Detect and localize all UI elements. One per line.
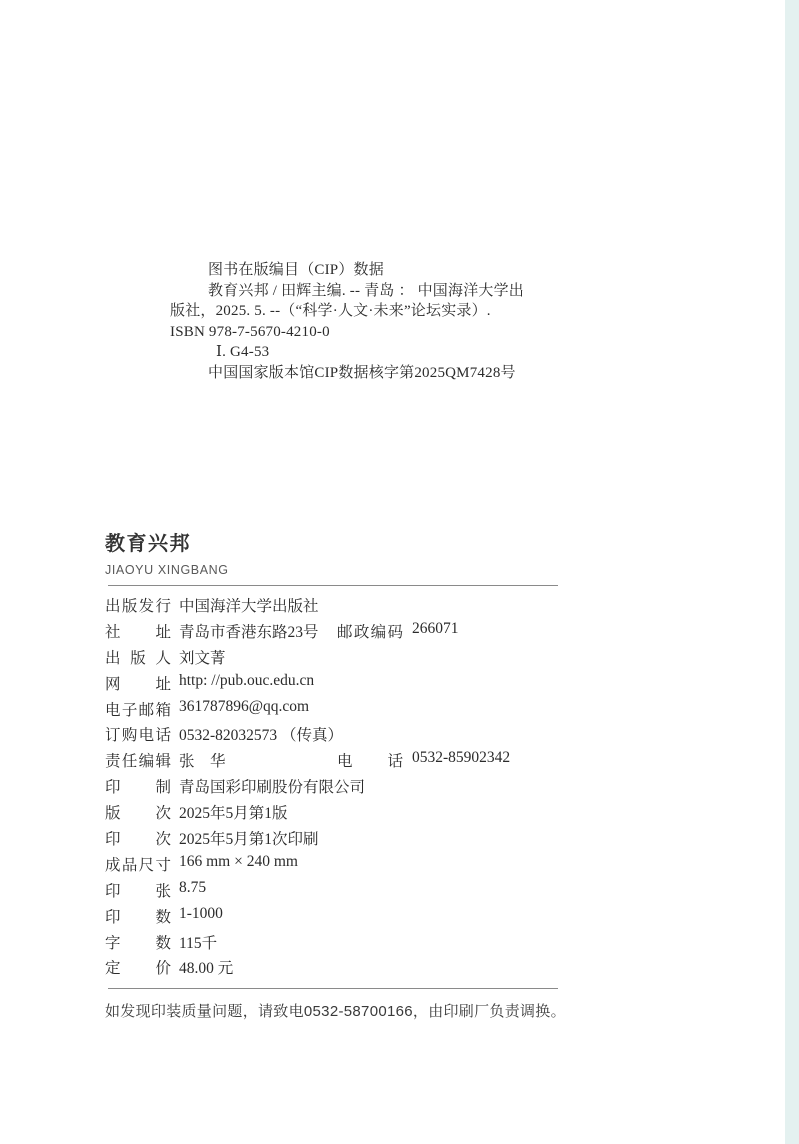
colophon-row-size: 成品尺寸166 mm × 240 mm	[105, 853, 685, 879]
page-edge-strip	[785, 0, 799, 1144]
cip-data-block: 图书在版编目（CIP）数据 教育兴邦 / 田辉主编. -- 青岛 ： 中国海洋大…	[170, 260, 610, 383]
colophon-row-email: 电子邮箱361787896@qq.com	[105, 698, 685, 724]
row-label: 责任编辑	[105, 749, 171, 771]
colophon-row-printer: 印制青岛国彩印刷股份有限公司	[105, 775, 685, 801]
row-label: 电子邮箱	[105, 698, 171, 720]
cip-line: 版社，2025. 5. --（“科学·人文·未来”论坛实录）.	[170, 301, 610, 322]
row-label: 出版发行	[105, 594, 171, 616]
colophon-row-price: 定价48.00 元	[105, 956, 685, 982]
row-label: 网址	[105, 672, 171, 694]
colophon-row-website: 网址http: //pub.ouc.edu.cn	[105, 672, 685, 698]
colophon-row-order-phone: 订购电话0532-82032573 （传真）	[105, 723, 685, 749]
row-value: 115千	[179, 935, 217, 952]
row-value: 48.00 元	[179, 960, 233, 977]
row-value: 2025年5月第1次印刷	[179, 831, 319, 848]
colophon-row-editor: 责任编辑张 华 电话 0532-85902342	[105, 749, 685, 775]
colophon-row-publisher: 出版发行中国海洋大学出版社	[105, 594, 685, 620]
row-value: 0532-82032573 （传真）	[179, 727, 343, 744]
row-value: 青岛市香港东路23号	[179, 624, 319, 641]
print-quality-note: 如发现印装质量问题，请致电0532-58700166，由印刷厂负责调换。	[105, 1000, 566, 1021]
title-block: 教育兴邦 JIAOYU XINGBANG	[105, 527, 229, 577]
row-value: 中国海洋大学出版社	[179, 598, 319, 615]
row-value: 8.75	[179, 879, 206, 896]
title-divider-rule	[108, 585, 558, 586]
row-label: 社址	[105, 620, 171, 642]
colophon-row-publisher-person: 出版人刘文菁	[105, 646, 685, 672]
book-title: 教育兴邦	[105, 527, 229, 556]
colophon-row-address: 社址青岛市香港东路23号 邮政编码 266071	[105, 620, 685, 646]
row-label: 出版人	[105, 646, 171, 668]
cip-isbn: ISBN 978-7-5670-4210-0	[170, 322, 610, 343]
book-title-pinyin: JIAOYU XINGBANG	[105, 563, 229, 577]
row-label: 成品尺寸	[105, 853, 171, 875]
colophon-row-edition: 版次2025年5月第1版	[105, 801, 685, 827]
colophon-row-impression: 印次2025年5月第1次印刷	[105, 827, 685, 853]
row-value: 361787896@qq.com	[179, 698, 309, 715]
cip-heading: 图书在版编目（CIP）数据	[170, 260, 610, 281]
row-label-postcode: 邮政编码	[337, 620, 403, 642]
row-value: 166 mm × 240 mm	[179, 853, 298, 870]
row-label: 字数	[105, 931, 171, 953]
colophon-row-print-run: 印数1-1000	[105, 905, 685, 931]
colophon-row-sheets: 印张8.75	[105, 879, 685, 905]
row-value: 张 华	[179, 753, 226, 770]
cip-classification: Ⅰ. G4-53	[170, 342, 610, 363]
row-value: 1-1000	[179, 905, 223, 922]
row-label: 版次	[105, 801, 171, 823]
row-value: 2025年5月第1版	[179, 805, 288, 822]
cip-line: 教育兴邦 / 田辉主编. -- 青岛 ： 中国海洋大学出	[170, 281, 610, 302]
row-value: 刘文菁	[179, 650, 226, 667]
row-value: http: //pub.ouc.edu.cn	[179, 672, 314, 689]
row-value: 青岛国彩印刷股份有限公司	[179, 779, 365, 796]
colophon: 出版发行中国海洋大学出版社 社址青岛市香港东路23号 邮政编码 266071 出…	[105, 594, 685, 982]
row-value-phone: 0532-85902342	[412, 749, 510, 767]
colophon-row-word-count: 字数115千	[105, 931, 685, 957]
footer-divider-rule	[108, 988, 558, 989]
row-label: 定价	[105, 956, 171, 978]
row-value-postcode: 266071	[412, 620, 459, 638]
row-label: 印制	[105, 775, 171, 797]
row-label: 印张	[105, 879, 171, 901]
row-label: 订购电话	[105, 723, 171, 745]
row-label: 印数	[105, 905, 171, 927]
cip-registration-number: 中国国家版本馆CIP数据核字第2025QM7428号	[170, 363, 610, 384]
row-label-phone: 电话	[337, 749, 403, 771]
row-label: 印次	[105, 827, 171, 849]
